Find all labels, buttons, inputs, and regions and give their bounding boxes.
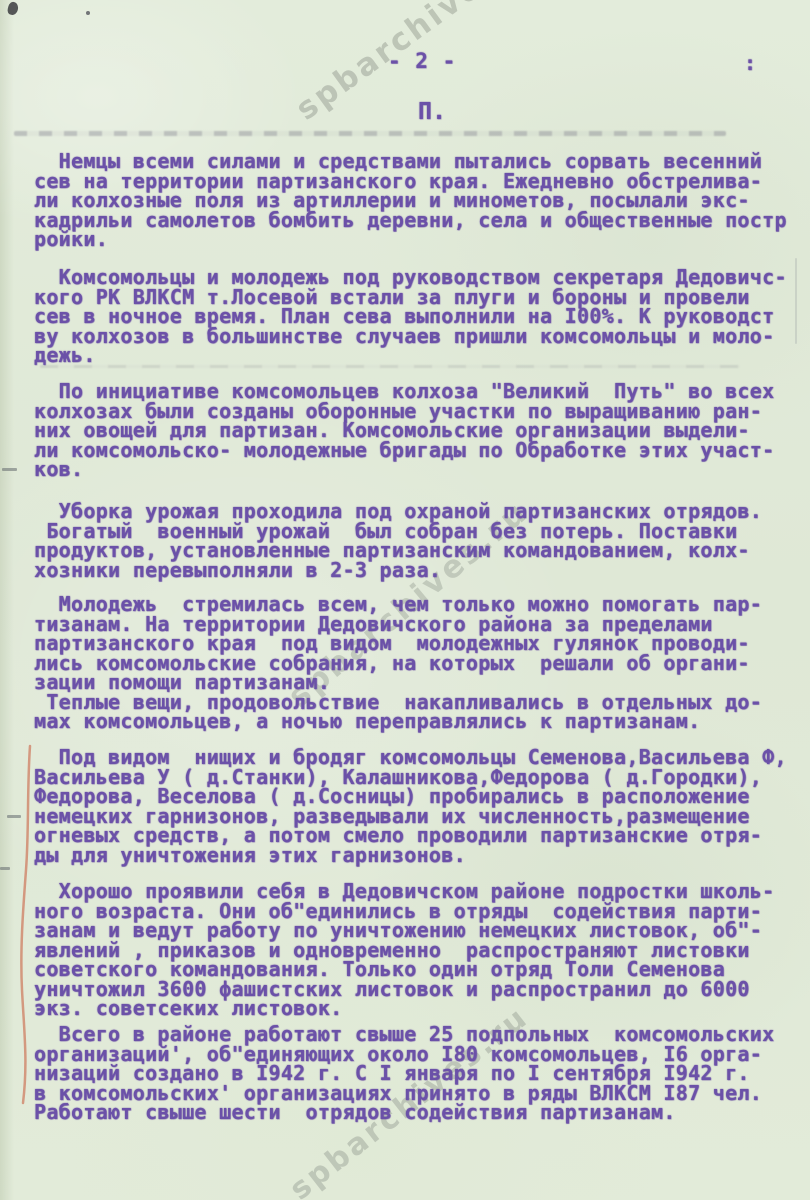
paragraph: Молодежь стремилась всем, чем только мож…	[34, 595, 810, 732]
paragraph: Под видом нищих и бродяг комсомольцы Сем…	[34, 748, 810, 865]
ink-smudge-line	[14, 131, 726, 136]
pencil-dash-mark	[7, 815, 21, 818]
text-line: хозники перевыполняли в 2-3 раза.	[34, 561, 810, 581]
ink-dot-mark	[86, 11, 90, 15]
text-line: ков.	[34, 460, 810, 480]
colon-mark: :	[744, 51, 756, 75]
paragraph: Немцы всеми силами и средствами пытались…	[34, 152, 810, 250]
page-number: - 2 -	[388, 49, 456, 73]
text-line: ли комсомольско- молодежные бригады по О…	[34, 441, 810, 461]
text-line: ды для уничтожения этих гарнизонов.	[34, 846, 810, 866]
text-line: Работают свыше шести отрядов содействия …	[34, 1103, 810, 1123]
text-line: мах комсомольцев, а ночью переправлялись…	[34, 712, 810, 732]
document-page: spbarchives.ru spbarchives.ru spbarchive…	[0, 0, 810, 1200]
text-line: ройки.	[34, 230, 810, 250]
text-line: дежь.	[34, 346, 810, 366]
text-line: кадрильи самолетов бомбить деревни, села…	[34, 211, 810, 231]
pencil-dash-mark	[2, 468, 17, 471]
section-heading: П.	[418, 99, 446, 125]
text-line: экз. советсеких листовок.	[34, 999, 810, 1019]
paragraph: Уборка урожая проходила под охраной парт…	[34, 502, 810, 580]
paragraph: По инициативе комсомольцев колхоза "Вели…	[34, 382, 810, 480]
paragraph: Комсомольцы и молодежь под руководством …	[34, 268, 810, 366]
text-line: ву колхозов в большинстве случаев пришли…	[34, 327, 810, 347]
paragraph: Всего в районе работают свыше 25 подполь…	[34, 1025, 810, 1123]
paragraph: Хорошо проявили себя в Дедовичском район…	[34, 882, 810, 1019]
pencil-dash-mark	[0, 867, 10, 870]
ink-blob-mark	[7, 1, 20, 16]
